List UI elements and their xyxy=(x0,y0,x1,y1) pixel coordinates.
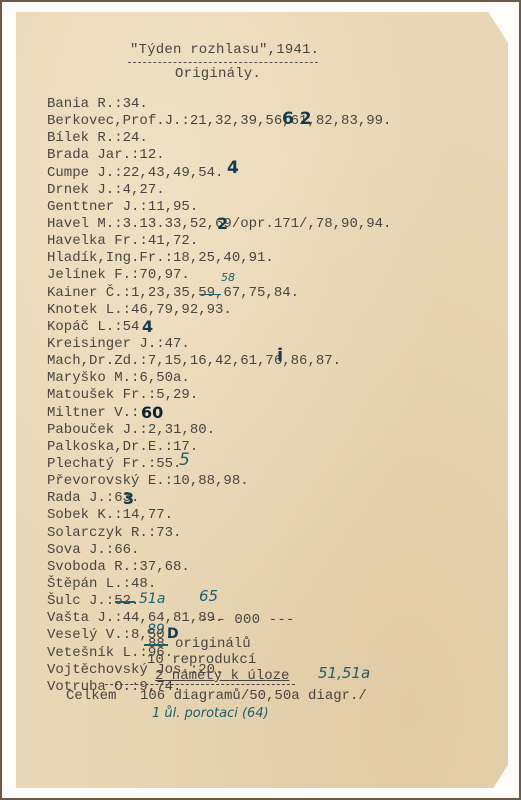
handwritten-annotation: 3 xyxy=(123,490,134,507)
handwritten-annotation: i xyxy=(277,347,283,364)
list-item: Brada Jar.:12. xyxy=(47,147,391,164)
title-underline xyxy=(128,62,318,63)
list-item: Kainer Č.:1,23,35,59,67,75,84. xyxy=(47,285,391,302)
list-item: Bílek R.:24. xyxy=(47,130,391,147)
list-item: Štěpán L.:48. xyxy=(47,576,391,593)
list-item: Maryško M.:6,50a. xyxy=(47,370,391,387)
handwritten-annotation: 5 xyxy=(179,452,190,469)
list-item: Knotek L.:46,79,92,93. xyxy=(47,302,391,319)
list-item: Matoušek Fr.:5,29. xyxy=(47,387,391,404)
entries-list: Bania R.:34. Berkovec,Prof.J.:21,32,39,5… xyxy=(47,96,391,696)
strikethrough xyxy=(115,601,135,603)
strikethrough xyxy=(201,294,221,296)
handwritten-annotation: 4 xyxy=(142,318,153,335)
handwritten-annotation: 4 xyxy=(227,160,239,177)
list-item: Šulc J.:52.51a xyxy=(47,593,391,610)
handwritten-annotation: 65 xyxy=(199,588,218,605)
list-item: Miltner V.:60 xyxy=(47,405,391,422)
list-item: Havel M.:3.13.33,52,69/opr.171/,78,90,94… xyxy=(47,216,391,233)
originals-label: originálů xyxy=(175,636,251,652)
total-rule xyxy=(105,684,295,685)
handwritten-annotation: 60 xyxy=(141,404,163,421)
handwritten-footnote: 1 ůl. porotaci (64) xyxy=(152,706,269,721)
list-item: Kopáč L.:54.4 xyxy=(47,319,391,336)
handwritten-annotation: 51,51a xyxy=(318,664,370,682)
reproductions-line: 10 reprodukcí xyxy=(147,652,256,668)
list-item: Cumpe J.:22,43,49,54.4 xyxy=(47,165,391,182)
separator: --- 000 --- xyxy=(200,612,295,628)
list-item: Kreisinger J.:47. xyxy=(47,336,391,353)
document-subtitle: Originály. xyxy=(175,66,261,82)
list-item: Mach,Dr.Zd.:7,15,16,42,61,76,86,87.i xyxy=(47,353,391,370)
strikethrough xyxy=(144,644,168,646)
list-item: Plechatý Fr.:55.5 xyxy=(47,456,391,473)
list-item: Jelínek F.:70,97.58 xyxy=(47,267,391,284)
list-item: Havelka Fr.:41,72. xyxy=(47,233,391,250)
list-item: Sobek K.:14,77. xyxy=(47,507,391,524)
list-item: Berkovec,Prof.J.:21,32,39,56,61,82,83,99… xyxy=(47,113,391,130)
list-item: Drnek J.:4,27. xyxy=(47,182,391,199)
handwritten-annotation: 51a xyxy=(139,591,165,608)
list-item: Hladík,Ing.Fr.:18,25,40,91. xyxy=(47,250,391,267)
themes-line: 2 náměty k úloze xyxy=(155,668,289,684)
document-title: "Týden rozhlasu",1941. xyxy=(130,42,319,58)
list-item: Solarczyk R.:73. xyxy=(47,525,391,542)
list-item: Převorovský E.:10,88,98. xyxy=(47,473,391,490)
total-text: 106 diagramů/50,50a diagr./ xyxy=(140,688,367,704)
list-item: Rada J.:63.3 xyxy=(47,490,391,507)
total-label: Celkem xyxy=(66,688,116,704)
list-item: Sova J.:66. xyxy=(47,542,391,559)
handwritten-annotation: 2 xyxy=(217,215,228,232)
list-item: Bania R.:34. xyxy=(47,96,391,113)
list-item: Svoboda R.:37,68. xyxy=(47,559,391,576)
list-item: Pabouček J.:2,31,80. xyxy=(47,422,391,439)
list-item: Palkoska,Dr.E.:17. xyxy=(47,439,391,456)
handwritten-annotation: 6 2 xyxy=(282,111,312,128)
